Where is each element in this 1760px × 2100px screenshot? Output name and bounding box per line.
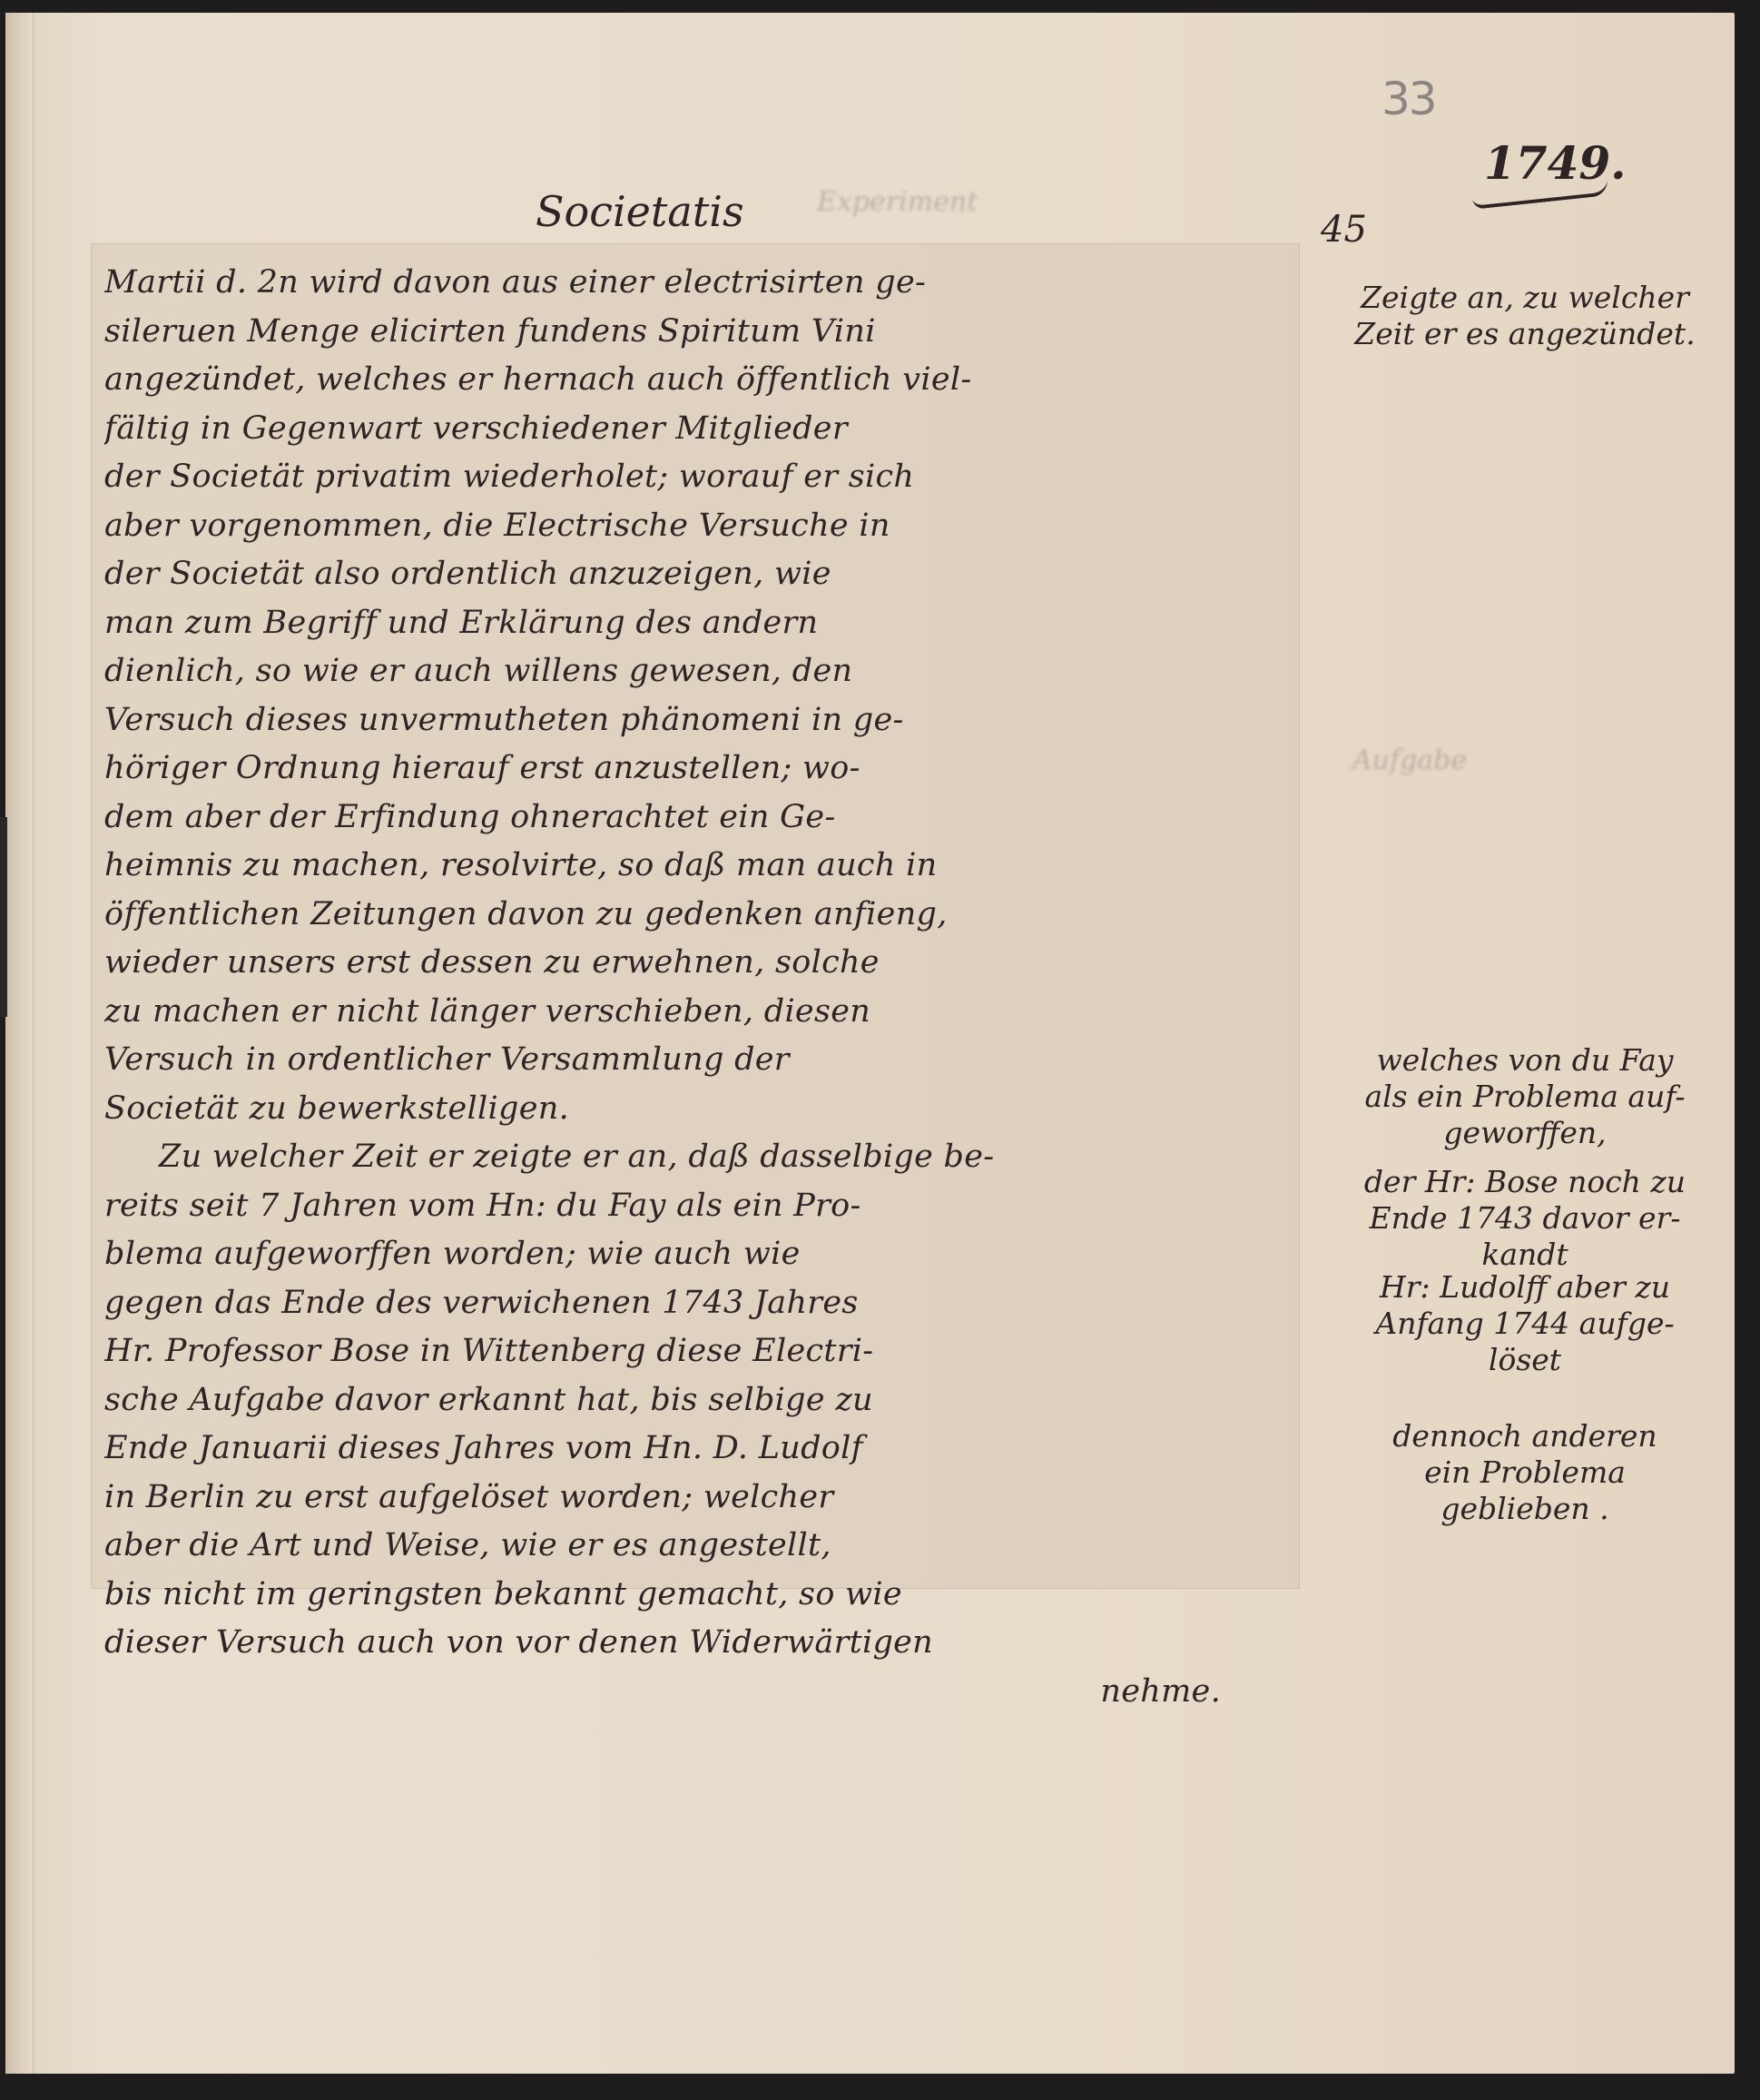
margin-note: Hr: Ludolff aber zu Anfang 1744 aufge- l… <box>1325 1269 1725 1378</box>
text-line: blema aufgeworffen worden; wie auch wie <box>104 1230 1284 1279</box>
text-line: gegen das Ende des verwichenen 1743 Jahr… <box>104 1279 1284 1328</box>
margin-note-line: Hr: Ludolff aber zu <box>1325 1269 1725 1306</box>
text-line: dem aber der Erfindung ohnerachtet ein G… <box>104 794 1284 843</box>
text-line: Zu welcher Zeit er zeigte er an, daß das… <box>104 1133 1284 1182</box>
margin-note-line: der Hr: Bose noch zu <box>1325 1164 1725 1200</box>
margin-note: der Hr: Bose noch zu Ende 1743 davor er-… <box>1325 1164 1725 1273</box>
margin-note-line: als ein Problema auf- <box>1325 1079 1725 1115</box>
margin-note-line: Ende 1743 davor er- <box>1325 1200 1725 1237</box>
text-line: aber vorgenommen, die Electrische Versuc… <box>104 502 1284 551</box>
text-line: dienlich, so wie er auch willens gewesen… <box>104 647 1284 696</box>
margin-note-line: geworffen, <box>1325 1115 1725 1151</box>
margin-note-line: Zeit er es angezündet. <box>1325 316 1725 352</box>
margin-note-line: Zeigte an, zu welcher <box>1325 280 1725 316</box>
text-line: öffentlichen Zeitungen davon zu gedenken… <box>104 891 1284 940</box>
text-line: Versuch dieses unvermutheten phänomeni i… <box>104 696 1284 745</box>
text-line: höriger Ordnung hierauf erst anzustellen… <box>104 744 1284 794</box>
text-line: reits seit 7 Jahren vom Hn: du Fay als e… <box>104 1182 1284 1231</box>
margin-note-line: ein Problema <box>1325 1454 1725 1491</box>
page-heading: Societatis <box>536 187 744 236</box>
margin-note: welches von du Fay als ein Problema auf-… <box>1325 1042 1725 1151</box>
text-line: fältig in Gegenwart verschiedener Mitgli… <box>104 405 1284 454</box>
text-line: bis nicht im geringsten bekannt gemacht,… <box>104 1571 1284 1620</box>
text-line: man zum Begriff und Erklärung des andern <box>104 599 1284 648</box>
archive-page-number: 33 <box>1381 73 1436 125</box>
margin-note-line: geblieben . <box>1325 1491 1725 1527</box>
text-line: zu machen er nicht länger verschieben, d… <box>104 988 1284 1037</box>
text-line: wieder unsers erst dessen zu erwehnen, s… <box>104 939 1284 988</box>
text-line: der Societät privatim wiederholet; worau… <box>104 453 1284 502</box>
text-line: Ende Januarii dieses Jahres vom Hn. D. L… <box>104 1425 1284 1474</box>
text-line: sche Aufgabe davor erkannt hat, bis selb… <box>104 1376 1284 1425</box>
text-line: in Berlin zu erst aufgelöset worden; wel… <box>104 1474 1284 1523</box>
folio-number: 45 <box>1321 209 1367 251</box>
text-line: aber die Art und Weise, wie er es angest… <box>104 1522 1284 1571</box>
binding-gutter <box>5 13 34 2074</box>
text-line: Martii d. 2n wird davon aus einer electr… <box>104 259 1284 308</box>
text-line: heimnis zu machen, resolvirte, so daß ma… <box>104 842 1284 891</box>
margin-note: Zeigte an, zu welcher Zeit er es angezün… <box>1325 280 1725 352</box>
text-line: Hr. Professor Bose in Wittenberg diese E… <box>104 1327 1284 1376</box>
bleed-through-text: Experiment <box>817 186 978 218</box>
bleed-through-text: Aufgabe <box>1352 744 1467 776</box>
text-line: dieser Versuch auch von vor denen Widerw… <box>104 1619 1284 1668</box>
text-line: nehme. <box>104 1668 1284 1717</box>
margin-note-line: welches von du Fay <box>1325 1042 1725 1079</box>
book-edge <box>0 817 7 1017</box>
margin-note-line: dennoch anderen <box>1325 1418 1725 1454</box>
text-line: Societät zu bewerkstelligen. <box>104 1085 1284 1134</box>
body-text: Martii d. 2n wird davon aus einer electr… <box>104 259 1284 1716</box>
text-line: der Societät also ordentlich anzuzeigen,… <box>104 550 1284 599</box>
margin-note-line: löset <box>1325 1342 1725 1378</box>
margin-note-line: kandt <box>1325 1237 1725 1273</box>
margin-note-line: Anfang 1744 aufge- <box>1325 1306 1725 1342</box>
text-line: sileruen Menge elicirten fundens Spiritu… <box>104 308 1284 357</box>
text-line: Versuch in ordentlicher Versammlung der <box>104 1036 1284 1085</box>
text-line: angezündet, welches er hernach auch öffe… <box>104 356 1284 405</box>
margin-note: dennoch anderen ein Problema geblieben . <box>1325 1418 1725 1527</box>
